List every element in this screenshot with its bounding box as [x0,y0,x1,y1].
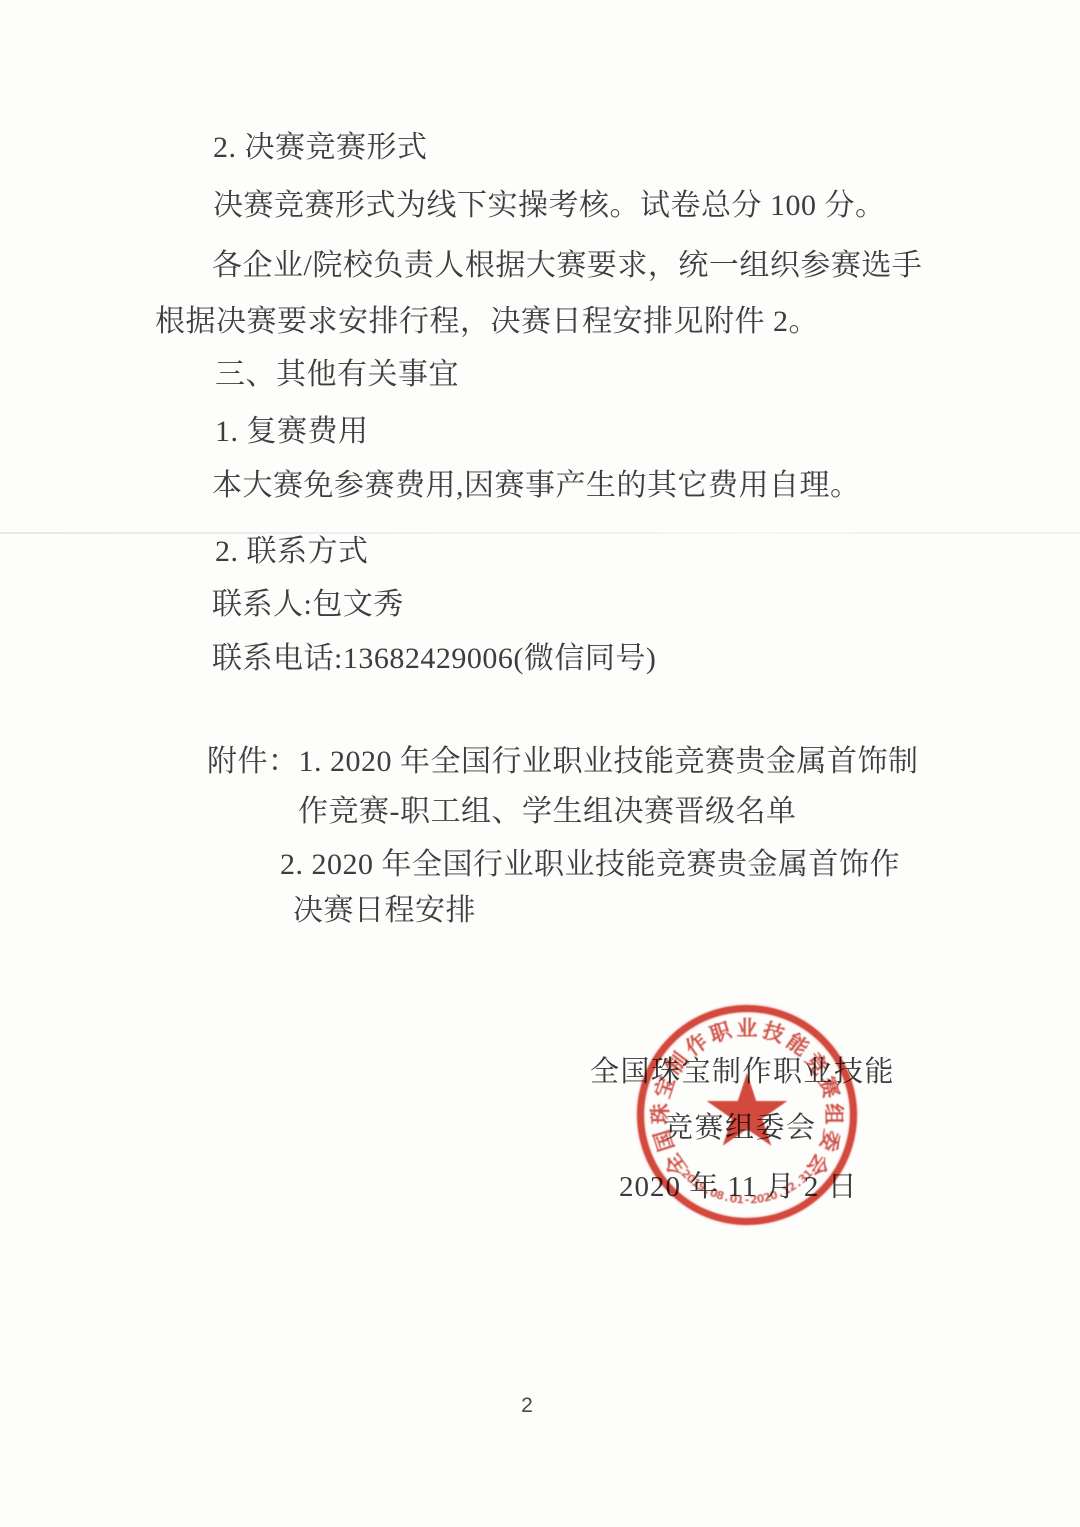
contact-phone: 联系电话:13682429006(微信同号) [212,644,656,674]
attachment-1-line1: 附件：1. 2020 年全国行业职业技能竞赛贵金属首饰制 [207,747,919,777]
seal-character: 组 [822,1103,843,1124]
heading-rematch-fee: 1. 复赛费用 [215,417,369,447]
fee-description: 本大赛免参赛费用,因赛事产生的其它费用自理。 [212,471,861,501]
heading-final-competition-format: 2. 决赛竞赛形式 [213,133,428,163]
attachment-2-line2: 决赛日程安排 [293,896,476,926]
organizer-paragraph-line1: 各企业/院校负责人根据大赛要求，统一组织参赛选手 [212,251,922,281]
official-seal: 全国珠宝制作职业技能竞赛组委会 2019.08.01-2020.12.31 [637,1005,857,1225]
heading-contact-method: 2. 联系方式 [215,537,369,567]
final-format-description: 决赛竞赛形式为线下实操考核。试卷总分 100 分。 [213,191,886,221]
seal-character: 业 [737,1019,758,1040]
attachment-2-line1: 2. 2020 年全国行业职业技能竞赛贵金属首饰作 [280,850,900,880]
seal-character: - [745,1195,750,1206]
seal-character: 1 [736,1194,745,1206]
contact-person: 联系人:包文秀 [212,590,404,620]
scanned-document-page: 2. 决赛竞赛形式 决赛竞赛形式为线下实操考核。试卷总分 100 分。 各企业/… [0,0,1080,1527]
organizer-paragraph-line2: 根据决赛要求安排行程，决赛日程安排见附件 2。 [155,307,819,337]
seal-character: 珠 [650,1103,671,1124]
attachment-1-line2: 作竞赛-职工组、学生组决赛晋级名单 [298,797,797,827]
heading-other-matters: 三、其他有关事宜 [215,360,459,390]
page-number: 2 [512,1394,542,1418]
scan-artifact-line [0,532,1080,534]
